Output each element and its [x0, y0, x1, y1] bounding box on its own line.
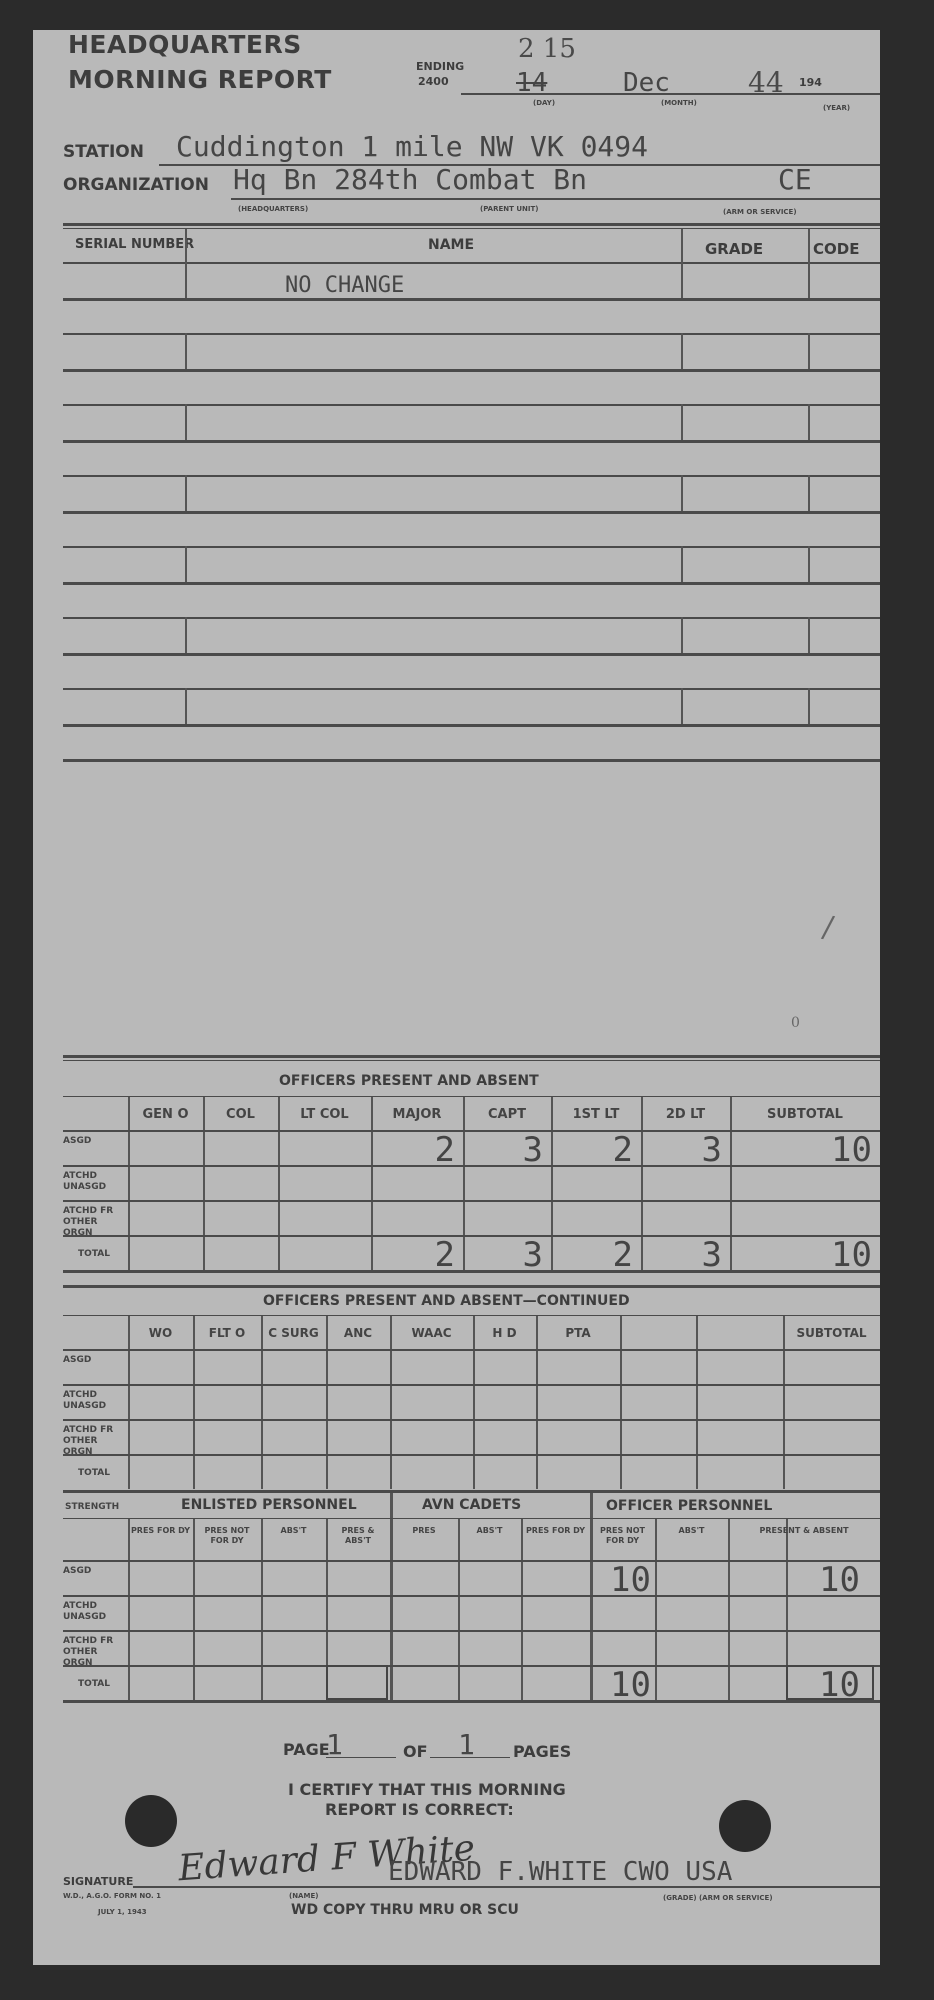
strength-row-rule [63, 1560, 880, 1562]
officers-cont-col-header: PTA [536, 1326, 620, 1340]
year-prefix: 194 [799, 76, 822, 89]
officer-present-absent-cell: 10 [786, 1560, 860, 1600]
form-id-line-1: W.D., A.G.O. FORM NO. 1 [63, 1892, 161, 1900]
strength-header-rule [63, 1518, 880, 1519]
roster-col-divider [808, 475, 810, 511]
officers-cont-top-rule [63, 1285, 880, 1288]
officers-col-header: COL [203, 1107, 278, 1122]
strength-row-rule [63, 1630, 880, 1632]
officers-cont-col-header: C SURG [261, 1326, 326, 1340]
form-title-line2: MORNING REPORT [68, 65, 332, 94]
roster-rule [63, 724, 880, 727]
form-title-line1: HEADQUARTERS [68, 30, 302, 59]
grade-arm-caption: (GRADE) (ARM OR SERVICE) [663, 1894, 773, 1902]
roster-col-divider [808, 333, 810, 369]
organization-value: Hq Bn 284th Combat Bn [233, 163, 587, 196]
officers-cont-header-rule [63, 1315, 880, 1316]
binder-hole-right [719, 1800, 771, 1852]
officer-total-box [786, 1665, 874, 1700]
strength-col-divider [728, 1518, 730, 1700]
strength-col-divider [128, 1518, 130, 1700]
officers-row-label: ATCHD UNASGD [63, 1171, 125, 1193]
strength-row-label: ASGD [63, 1566, 125, 1577]
binder-hole-left [125, 1795, 177, 1847]
officers-col-header: MAJOR [371, 1107, 463, 1122]
roster-col-divider [808, 546, 810, 582]
of-label: OF [403, 1742, 428, 1761]
strength-top-rule [63, 1490, 880, 1493]
officers-cont-col-header: WAAC [390, 1326, 473, 1340]
officers-col-header: LT COL [278, 1107, 371, 1122]
strength-sub-header: PRES NOT FOR DY [195, 1526, 259, 1546]
officers-section-title: OFFICERS PRESENT AND ABSENT [279, 1073, 539, 1089]
officers-row-label: TOTAL [63, 1249, 125, 1260]
roster-rule [63, 298, 880, 301]
roster-header-divider [808, 229, 810, 262]
officers-cont-row-rule [63, 1454, 880, 1456]
officers-cont-col-divider [326, 1316, 328, 1489]
roster-col-divider [808, 617, 810, 653]
date-underline [461, 93, 880, 95]
strength-row-label: ATCHD UNASGD [63, 1601, 125, 1623]
officers-row-rule [63, 1165, 880, 1167]
signature-label: SIGNATURE [63, 1875, 133, 1888]
roster-top-rule [63, 223, 880, 226]
officers-cont-col-divider [261, 1316, 263, 1489]
roster-rule [63, 653, 880, 656]
officers-col-header: GEN O [128, 1107, 203, 1122]
officers-cell: 10 [730, 1235, 872, 1275]
roster-header-divider [681, 229, 683, 262]
officers-cell: 2 [371, 1235, 455, 1275]
certify-line-1: I CERTIFY THAT THIS MORNING [288, 1780, 566, 1799]
strength-label: STRENGTH [65, 1502, 119, 1513]
roster-rule [63, 369, 880, 372]
roster-col-divider [681, 262, 683, 298]
roster-col-divider [681, 475, 683, 511]
officers-col-divider [203, 1097, 205, 1270]
officers-cont-col-header: WO [128, 1326, 193, 1340]
roster-col-divider [185, 262, 187, 298]
enlisted-total-box [326, 1665, 388, 1700]
strength-sub-header: ABS'T [657, 1526, 726, 1536]
year-caption: (YEAR) [823, 104, 850, 112]
officers-cont-row-label: TOTAL [63, 1468, 125, 1479]
roster-col-divider [808, 262, 810, 298]
arm-or-service-value: CE [778, 163, 812, 196]
strength-sub-header: ABS'T [263, 1526, 324, 1536]
arm-caption: (ARM OR SERVICE) [723, 208, 797, 216]
parent-unit-caption: (PARENT UNIT) [480, 205, 538, 213]
roster-col-divider [808, 688, 810, 724]
strength-sub-header: PRESENT & ABSENT [730, 1526, 878, 1536]
strength-col-divider [261, 1518, 263, 1700]
officers-cell: 2 [551, 1130, 633, 1170]
roster-rule [63, 511, 880, 514]
officers-cont-row-label: ATCHD UNASGD [63, 1390, 125, 1412]
officer-pres-for-duty-cell: 10 [590, 1560, 651, 1600]
officers-cont-col-divider [620, 1316, 622, 1489]
margin-pencil-mark: / [820, 909, 836, 945]
officers-cell: 10 [730, 1130, 872, 1170]
strength-row-rule [63, 1665, 880, 1667]
roster-rule [63, 582, 880, 585]
officers-cont-col-divider [473, 1316, 475, 1489]
routing-instruction: WD COPY THRU MRU OR SCU [291, 1902, 519, 1918]
morning-report-form: HEADQUARTERS MORNING REPORT ENDING 2400 … [33, 30, 880, 1965]
margin-pencil-zero: 0 [791, 1015, 800, 1031]
strength-sub-header: PRES NOT FOR DY [592, 1526, 653, 1546]
officers-cont-row-rule [63, 1384, 880, 1386]
officer-pres-for-duty-cell: 10 [590, 1665, 651, 1705]
strength-row-rule [63, 1595, 880, 1597]
strength-row-label: TOTAL [63, 1679, 125, 1690]
strength-col-divider [458, 1518, 460, 1700]
officers-col-header: CAPT [463, 1107, 551, 1122]
roster-col-divider [185, 688, 187, 724]
officers-row-label: ASGD [63, 1136, 125, 1147]
officers-cont-col-divider [193, 1316, 195, 1489]
strength-sub-header: PRES FOR DY [523, 1526, 588, 1536]
headquarters-caption: (HEADQUARTERS) [238, 205, 308, 213]
officers-col-header: SUBTOTAL [730, 1107, 880, 1122]
officer-personnel-title: OFFICER PERSONNEL [606, 1498, 772, 1514]
strength-bottom-rule [63, 1700, 880, 1703]
strength-col-divider [521, 1518, 523, 1700]
organization-underline [231, 198, 880, 200]
roster-entry-no-change: NO CHANGE [285, 273, 404, 298]
col-header-name: NAME [428, 237, 474, 253]
strength-sub-header: PRES FOR DY [130, 1526, 191, 1536]
officers-col-header: 2D LT [641, 1107, 730, 1122]
officers-cont-col-divider [783, 1316, 785, 1489]
officers-cont-col-header: SUBTOTAL [783, 1326, 880, 1340]
officers-cont-col-divider [696, 1316, 698, 1489]
strength-col-divider [655, 1518, 657, 1700]
page-label: PAGE [283, 1740, 330, 1759]
col-header-code: CODE [813, 240, 859, 258]
organization-label: ORGANIZATION [63, 175, 209, 195]
col-header-serial: SERIAL NUMBER [75, 237, 194, 252]
avn-cadets-title: AVN CADETS [422, 1497, 521, 1513]
roster-col-divider [185, 546, 187, 582]
name-caption: (NAME) [289, 1892, 318, 1900]
day-caption: (DAY) [533, 99, 555, 107]
signature-underline [133, 1886, 880, 1888]
roster-col-divider [185, 333, 187, 369]
roster-col-divider [681, 617, 683, 653]
officers-bottom-rule [63, 1270, 880, 1273]
officers-cont-col-divider [390, 1316, 392, 1489]
roster-col-divider [185, 617, 187, 653]
officers-cell: 3 [463, 1130, 543, 1170]
officers-cont-col-divider [128, 1316, 130, 1489]
station-value: Cuddington 1 mile NW VK 0494 [176, 130, 648, 163]
month-caption: (MONTH) [661, 99, 697, 107]
signer-typed-name: EDWARD F.WHITE CWO USA [388, 1857, 732, 1887]
officers-cont-col-header: H D [473, 1326, 536, 1340]
officers-row-rule [63, 1200, 880, 1202]
roster-col-divider [185, 404, 187, 440]
col-header-grade: GRADE [705, 240, 763, 258]
officers-col-divider [278, 1097, 280, 1270]
officers-cell: 3 [641, 1235, 722, 1275]
ending-label: ENDING [416, 60, 464, 73]
officers-cell: 2 [371, 1130, 455, 1170]
roster-rule [63, 440, 880, 443]
roster-header-divider [185, 229, 187, 262]
page-number-underline [326, 1757, 396, 1758]
roster-col-divider [681, 333, 683, 369]
officers-top-rule [63, 1055, 880, 1058]
officers-continued-title: OFFICERS PRESENT AND ABSENT—CONTINUED [263, 1293, 630, 1309]
officers-cell: 3 [463, 1235, 543, 1275]
station-label: STATION [63, 142, 144, 162]
day-handwritten-correction: 2 15 [518, 34, 576, 64]
roster-col-divider [185, 475, 187, 511]
roster-col-divider [681, 546, 683, 582]
form-id-line-2: JULY 1, 1943 [98, 1908, 147, 1916]
officers-cont-col-header: FLT O [193, 1326, 261, 1340]
strength-sub-header: PRES & ABS'T [328, 1526, 388, 1546]
strength-sub-header: ABS'T [460, 1526, 519, 1536]
roster-col-divider [681, 688, 683, 724]
officers-cont-col-divider [536, 1316, 538, 1489]
officers-cell: 3 [641, 1130, 722, 1170]
page-total-underline [430, 1757, 510, 1758]
officers-cell: 2 [551, 1235, 633, 1275]
roster-col-divider [681, 404, 683, 440]
officers-col-header: 1ST LT [551, 1107, 641, 1122]
officers-top-rule-thin [63, 1060, 880, 1061]
roster-rule [63, 759, 880, 762]
officers-cont-col-header: ANC [326, 1326, 390, 1340]
roster-col-divider [808, 404, 810, 440]
ending-time: 2400 [418, 75, 449, 88]
officers-col-divider [128, 1097, 130, 1270]
officers-cont-row-rule [63, 1419, 880, 1421]
officers-header-rule [63, 1096, 880, 1097]
strength-sub-header: PRES [392, 1526, 456, 1536]
enlisted-personnel-title: ENLISTED PERSONNEL [181, 1497, 357, 1513]
pages-label: PAGES [513, 1742, 571, 1761]
officers-cont-row-rule [63, 1349, 880, 1351]
certify-line-2: REPORT IS CORRECT: [325, 1800, 514, 1819]
officers-cont-row-label: ASGD [63, 1355, 125, 1366]
